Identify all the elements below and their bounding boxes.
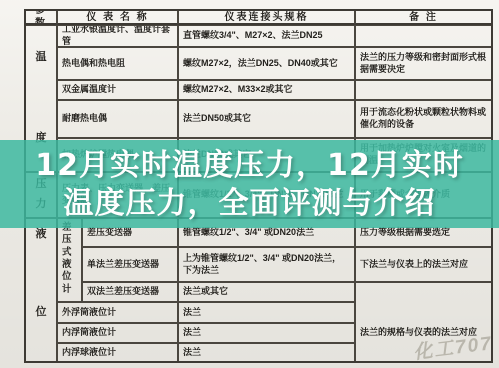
cell-r4-spec: 法兰DN50或其它 xyxy=(178,100,355,138)
cell-r11-spec: 法兰 xyxy=(178,302,355,323)
cell-r12-spec: 法兰 xyxy=(178,323,355,343)
level-group-label: 差压 式液 位计 xyxy=(57,218,82,302)
cell-r10-name: 双法兰差压变送器 xyxy=(82,282,178,302)
cell-r4-name: 耐磨热电偶 xyxy=(57,100,178,138)
section-level: 液 位 xyxy=(25,218,57,362)
header-note: 备 注 xyxy=(355,10,492,25)
cell-r13-name: 内浮球液位计 xyxy=(57,343,178,362)
cell-r4-note: 用于流态化粉状或颗粒状物料或催化剂的设备 xyxy=(355,100,492,138)
header-param: 参 数 xyxy=(25,10,57,25)
cell-r9-note: 下法兰与仪表上的法兰对应 xyxy=(355,247,492,282)
cell-r3-spec: 螺纹M27×2、M33×2或其它 xyxy=(178,80,355,100)
header-instrument-name: 仪 表 名 称 xyxy=(57,10,178,25)
scanned-table-page: 参 数 仪 表 名 称 仪表连接头规格 备 注 温 度 压 力 液 位 工业水银… xyxy=(0,0,499,368)
cell-r10-spec: 法兰或其它 xyxy=(178,282,355,302)
header-connector-spec: 仪表连接头规格 xyxy=(178,10,355,25)
cell-r3-name: 双金属温度计 xyxy=(57,80,178,100)
section-temperature-char1: 温 xyxy=(36,50,47,64)
title-banner: 12月实时温度压力，12月实时 温度压力，全面评测与介绍 xyxy=(0,140,499,228)
banner-title-line2: 温度压力，全面评测与介绍 xyxy=(64,185,436,222)
cell-r13-spec: 法兰 xyxy=(178,343,355,362)
banner-title-line1: 12月实时温度压力，12月实时 xyxy=(35,147,464,184)
cell-r11-name: 外浮筒液位计 xyxy=(57,302,178,323)
cell-r1-name: 工业水银温度计、温度计套管 xyxy=(57,25,178,47)
cell-r1-spec: 直管螺纹3/4"、M27×2、法兰DN25 xyxy=(178,25,355,47)
cell-r9-name: 单法兰差压变送器 xyxy=(82,247,178,282)
section-level-char2: 位 xyxy=(36,305,47,319)
cell-r9-spec: 上为锥管螺纹1/2"、3/4" 或DN20法兰，下为法兰 xyxy=(178,247,355,282)
section-level-char1: 液 xyxy=(36,227,47,241)
cell-r2-note: 法兰的压力等级和密封面形式根据需要决定 xyxy=(355,47,492,80)
cell-r12-name: 内浮筒液位计 xyxy=(57,323,178,343)
cell-r1-note xyxy=(355,25,492,47)
cell-r2-name: 热电偶和热电阻 xyxy=(57,47,178,80)
cell-r2-spec: 螺纹M27×2，法兰DN25、DN40或其它 xyxy=(178,47,355,80)
level-group-label-line3: 位计 xyxy=(62,271,77,296)
level-group-label-line2: 式液 xyxy=(62,247,77,272)
cell-r3-note xyxy=(355,80,492,100)
